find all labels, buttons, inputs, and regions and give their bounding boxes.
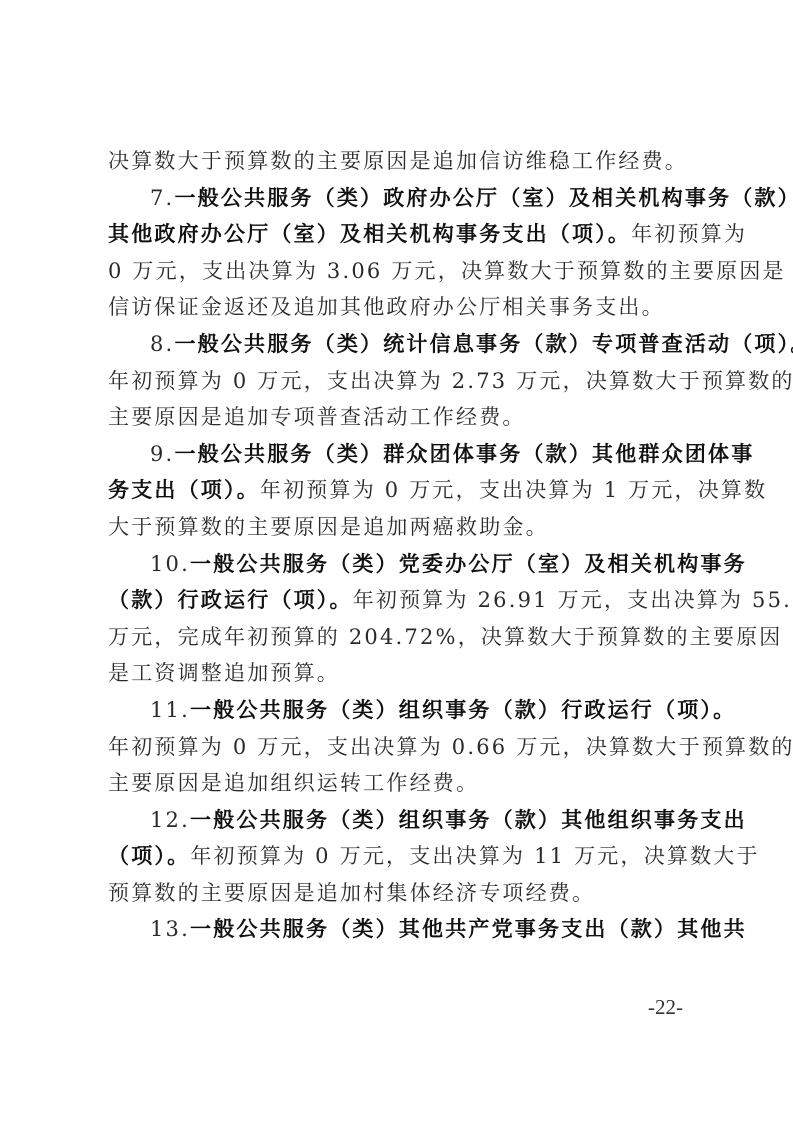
- bold-heading-text: （项）。: [108, 844, 190, 868]
- body-text: 年初预算为: [631, 222, 747, 246]
- item-number: 12.: [150, 808, 190, 832]
- body-text: 年初预算为 0 万元，支出决算为 0.66 万元，决算数大于预算数的: [108, 735, 793, 759]
- bold-heading-text: 一般公共服务（类）统计信息事务（款）专项普查活动（项）。: [174, 332, 793, 356]
- body-text: 年初预算为 0 万元，支出决算为 2.73 万元，决算数大于预算数的: [108, 369, 793, 393]
- paragraph-line: 主要原因是追加专项普查活动工作经费。: [108, 399, 694, 436]
- paragraph-line: 决算数大于预算数的主要原因是追加信访维稳工作经费。: [108, 143, 694, 180]
- bold-heading-text: （款）行政运行（项）。: [108, 588, 353, 612]
- bold-heading-text: 一般公共服务（类）政府办公厅（室）及相关机构事务（款）: [174, 186, 793, 210]
- body-text: 年初预算为 26.91 万元，支出决算为 55.09: [353, 588, 793, 612]
- body-text: 大于预算数的主要原因是追加两癌救助金。: [108, 515, 549, 539]
- paragraph-line: 其他政府办公厅（室）及相关机构事务支出（项）。年初预算为: [108, 216, 694, 253]
- paragraph-heading-line: 13.一般公共服务（类）其他共产党事务支出（款）其他共: [108, 911, 694, 948]
- paragraph-line: 大于预算数的主要原因是追加两癌救助金。: [108, 509, 694, 546]
- body-text: 0 万元，支出决算为 3.06 万元，决算数大于预算数的主要原因是: [108, 259, 786, 283]
- bold-heading-text: 一般公共服务（类）其他共产党事务支出（款）其他共: [190, 917, 747, 941]
- page-number: -22-: [648, 995, 683, 1020]
- body-text: 是工资调整追加预算。: [108, 661, 340, 685]
- body-text: 信访保证金返还及追加其他政府办公厅相关事务支出。: [108, 295, 665, 319]
- document-body: 决算数大于预算数的主要原因是追加信访维稳工作经费。7.一般公共服务（类）政府办公…: [108, 143, 694, 948]
- bold-heading-text: 一般公共服务（类）群众团体事务（款）其他群众团体事: [174, 442, 754, 466]
- bold-heading-text: 务支出（项）。: [108, 478, 260, 502]
- paragraph-heading-line: 10.一般公共服务（类）党委办公厅（室）及相关机构事务: [108, 546, 694, 583]
- paragraph-heading-line: 9.一般公共服务（类）群众团体事务（款）其他群众团体事: [108, 436, 694, 473]
- paragraph-line: 万元，完成年初预算的 204.72%，决算数大于预算数的主要原因: [108, 619, 694, 656]
- bold-heading-text: 其他政府办公厅（室）及相关机构事务支出（项）。: [108, 222, 631, 246]
- paragraph-heading-line: 11.一般公共服务（类）组织事务（款）行政运行（项）。: [108, 692, 694, 729]
- body-text: 主要原因是追加组织运转工作经费。: [108, 771, 479, 795]
- item-number: 11.: [150, 698, 190, 722]
- body-text: 预算数的主要原因是追加村集体经济专项经费。: [108, 881, 595, 905]
- bold-heading-text: 一般公共服务（类）组织事务（款）行政运行（项）。: [190, 698, 736, 722]
- body-text: 决算数大于预算数的主要原因是追加信访维稳工作经费。: [108, 149, 688, 173]
- paragraph-line: 年初预算为 0 万元，支出决算为 0.66 万元，决算数大于预算数的: [108, 729, 694, 766]
- paragraph-heading-line: 12.一般公共服务（类）组织事务（款）其他组织事务支出: [108, 802, 694, 839]
- body-text: 年初预算为 0 万元，支出决算为 11 万元，决算数大于: [190, 844, 759, 868]
- body-text: 主要原因是追加专项普查活动工作经费。: [108, 405, 526, 429]
- paragraph-line: 信访保证金返还及追加其他政府办公厅相关事务支出。: [108, 289, 694, 326]
- paragraph-heading-line: 7.一般公共服务（类）政府办公厅（室）及相关机构事务（款）: [108, 180, 694, 217]
- item-number: 13.: [150, 917, 190, 941]
- item-number: 10.: [150, 552, 190, 576]
- paragraph-heading-line: 8.一般公共服务（类）统计信息事务（款）专项普查活动（项）。: [108, 326, 694, 363]
- paragraph-line: 主要原因是追加组织运转工作经费。: [108, 765, 694, 802]
- body-text: 年初预算为 0 万元，支出决算为 1 万元，决算数: [260, 478, 767, 502]
- body-text: 万元，完成年初预算的 204.72%，决算数大于预算数的主要原因: [108, 625, 783, 649]
- bold-heading-text: 一般公共服务（类）组织事务（款）其他组织事务支出: [190, 808, 747, 832]
- paragraph-line: 0 万元，支出决算为 3.06 万元，决算数大于预算数的主要原因是: [108, 253, 694, 290]
- paragraph-line: 是工资调整追加预算。: [108, 655, 694, 692]
- paragraph-line: 务支出（项）。年初预算为 0 万元，支出决算为 1 万元，决算数: [108, 472, 694, 509]
- item-number: 8.: [150, 332, 174, 356]
- paragraph-line: 年初预算为 0 万元，支出决算为 2.73 万元，决算数大于预算数的: [108, 363, 694, 400]
- bold-heading-text: 一般公共服务（类）党委办公厅（室）及相关机构事务: [190, 552, 747, 576]
- paragraph-line: 预算数的主要原因是追加村集体经济专项经费。: [108, 875, 694, 912]
- paragraph-line: （款）行政运行（项）。年初预算为 26.91 万元，支出决算为 55.09: [108, 582, 694, 619]
- paragraph-line: （项）。年初预算为 0 万元，支出决算为 11 万元，决算数大于: [108, 838, 694, 875]
- item-number: 7.: [150, 186, 174, 210]
- item-number: 9.: [150, 442, 174, 466]
